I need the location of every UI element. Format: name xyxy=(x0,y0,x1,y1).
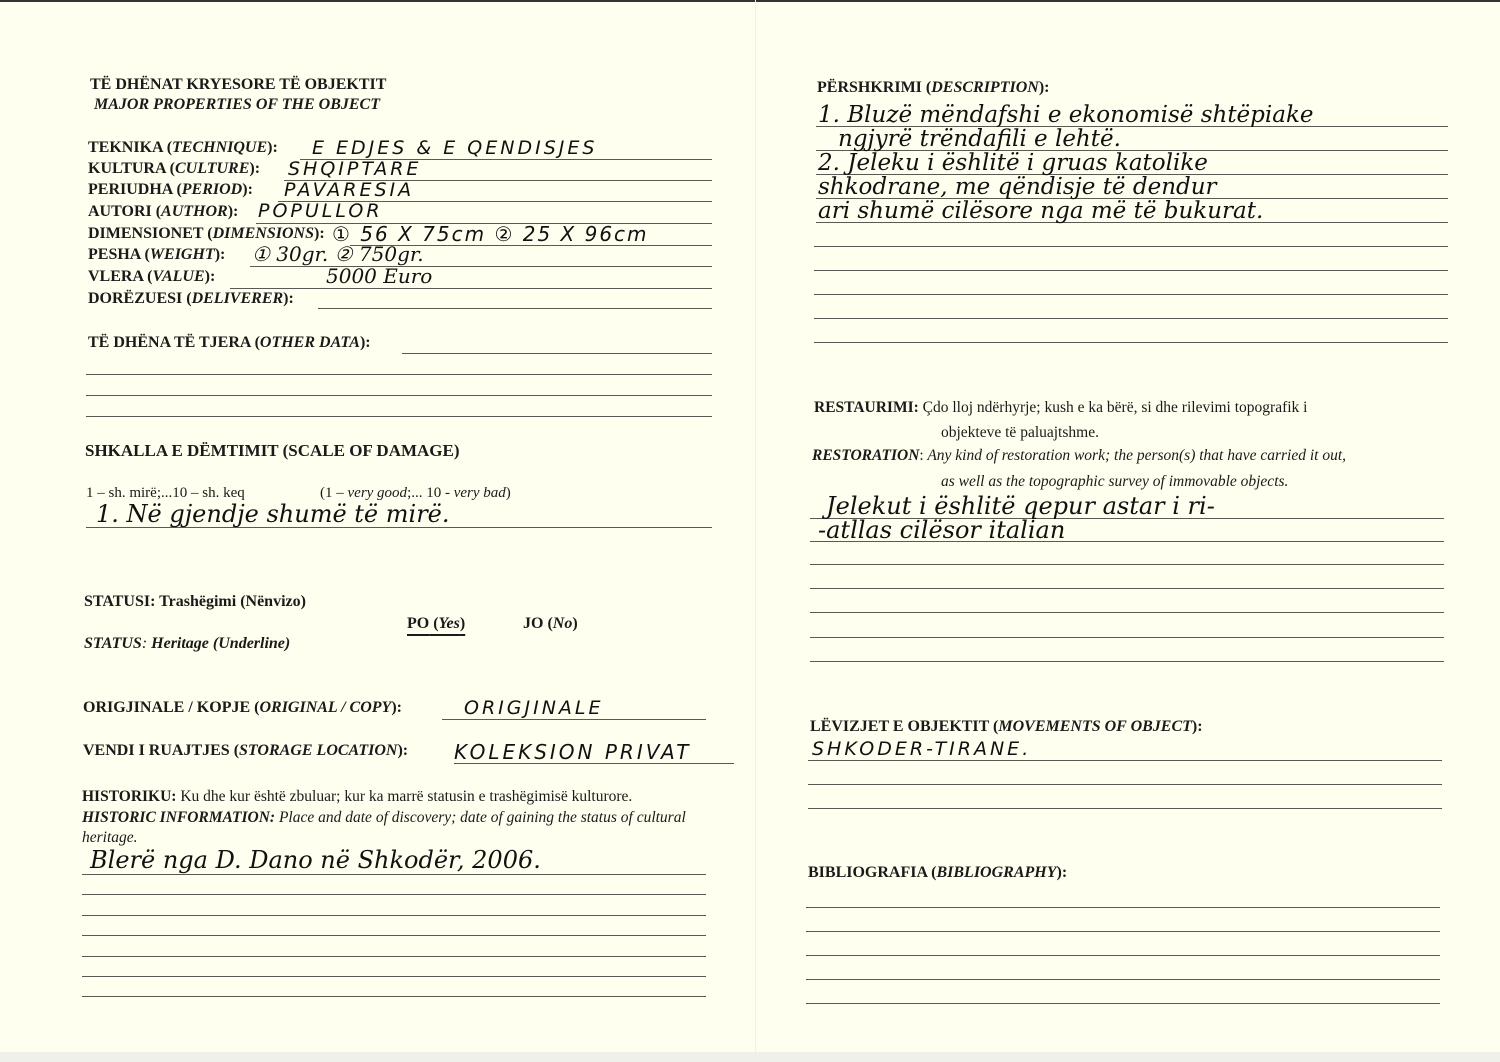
major-properties-title: TË DHËNAT KRYESORE TË OBJEKTIT xyxy=(90,76,386,94)
technique-value[interactable]: E EDJES & E QENDISJES xyxy=(312,137,597,159)
status-label-en: STATUS: Heritage (Underline) xyxy=(84,635,290,653)
original-copy-label: ORIGJINALE / KOPJE (ORIGINAL / COPY): xyxy=(83,699,402,717)
page-fold xyxy=(755,0,756,1062)
movements-label: LËVIZJET E OBJEKTIT (MOVEMENTS OF OBJECT… xyxy=(810,718,1203,736)
technique-label: TEKNIKA (TECHNIQUE): xyxy=(88,139,278,157)
scan-bottom-edge xyxy=(0,1052,1500,1062)
author-value[interactable]: POPULLOR xyxy=(258,200,383,222)
restoration-text-en-2: as well as the topographic survey of imm… xyxy=(941,473,1288,491)
status-label-sq: STATUSI: Trashëgimi (Nënvizo) xyxy=(84,593,306,611)
damage-value[interactable]: 1. Në gjendje shumë të mirë. xyxy=(96,500,450,528)
value-value[interactable]: 5000 Euro xyxy=(326,264,432,288)
history-text-sq: HISTORIKU: Ku dhe kur është zbuluar; kur… xyxy=(82,788,632,806)
original-copy-value[interactable]: ORIGJINALE xyxy=(464,697,604,719)
restoration-line-2[interactable]: -atllas cilësor italian xyxy=(818,516,1065,544)
period-label: PERIUDHA (PERIOD): xyxy=(88,181,253,199)
culture-label: KULTURA (CULTURE): xyxy=(88,160,260,178)
description-line-3[interactable]: 2. Jeleku i ëshlitë i gruas katolike xyxy=(818,150,1208,176)
culture-value[interactable]: SHQIPTARE xyxy=(288,158,421,180)
description-line-4[interactable]: shkodrane, me qëndisje të dendur xyxy=(818,174,1217,200)
bibliography-label: BIBLIOGRAFIA (BIBLIOGRAPHY): xyxy=(808,864,1067,882)
restoration-text-sq-1: RESTAURIMI: Çdo lloj ndërhyrje; kush e k… xyxy=(814,399,1308,417)
major-properties-subtitle: MAJOR PROPERTIES OF THE OBJECT xyxy=(94,96,380,114)
description-line-2[interactable]: ngjyrë trëndafili e lehtë. xyxy=(838,126,1121,152)
author-label: AUTORI (AUTHOR): xyxy=(88,203,238,221)
deliverer-label: DORËZUESI (DELIVERER): xyxy=(88,290,294,308)
restoration-text-sq-2: objekteve të paluajtshme. xyxy=(941,424,1099,442)
other-data-label: TË DHËNA TË TJERA (OTHER DATA): xyxy=(88,334,371,352)
weight-value[interactable]: ① 30gr. ② 750gr. xyxy=(252,242,424,266)
storage-location-label: VENDI I RUAJTJES (STORAGE LOCATION): xyxy=(83,742,408,760)
description-label: PËRSHKRIMI (DESCRIPTION): xyxy=(817,79,1049,97)
description-line-1[interactable]: 1. Bluzë mëndafshi e ekonomisë shtëpiake xyxy=(818,102,1314,128)
restoration-text-en-1: RESTORATION: Any kind of restoration wor… xyxy=(812,447,1346,465)
weight-label: PESHA (WEIGHT): xyxy=(88,246,225,264)
scan-top-edge xyxy=(0,0,1500,2)
storage-location-value[interactable]: KOLEKSION PRIVAT xyxy=(454,740,692,764)
status-yes-option[interactable]: PO (Yes) xyxy=(407,615,465,633)
description-line-5[interactable]: ari shumë cilësore nga më të bukurat. xyxy=(818,198,1263,224)
value-label: VLERA (VALUE): xyxy=(88,268,215,286)
movements-value[interactable]: SHKODER-TIRANE. xyxy=(812,738,1031,760)
status-no-option[interactable]: JO (No) xyxy=(523,615,578,633)
history-value[interactable]: Blerë nga D. Dano në Shkodër, 2006. xyxy=(90,846,541,874)
dimensions-label: DIMENSIONET (DIMENSIONS): xyxy=(88,225,325,243)
history-text-en: HISTORIC INFORMATION: Place and date of … xyxy=(82,808,712,848)
period-value[interactable]: PAVARESIA xyxy=(284,179,414,201)
damage-title: SHKALLA E DËMTIMIT (SCALE OF DAMAGE) xyxy=(85,441,460,461)
